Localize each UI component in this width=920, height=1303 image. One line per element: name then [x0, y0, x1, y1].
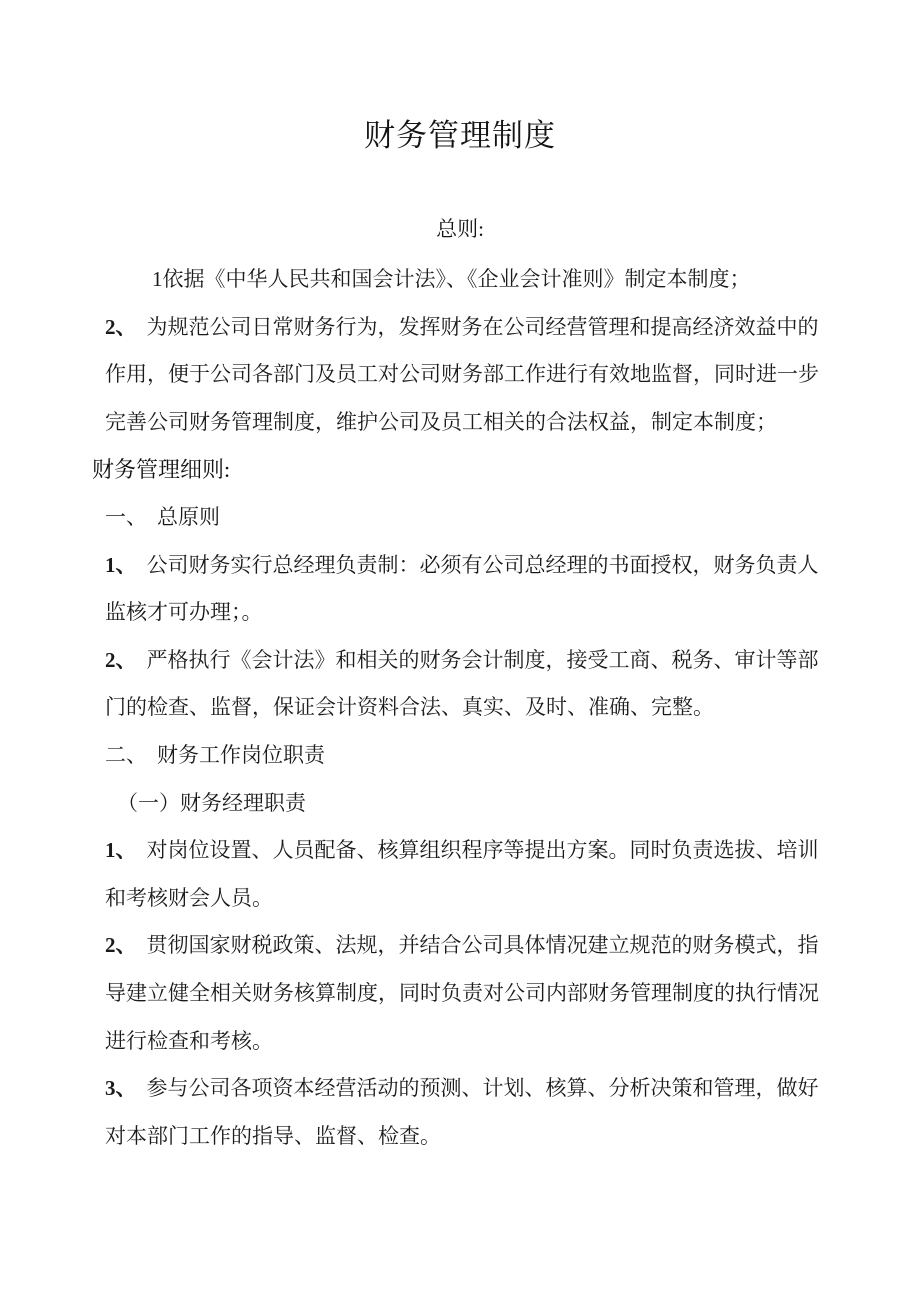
line-text: （一）财务经理职责	[117, 791, 306, 815]
subsection-one-heading: （一）财务经理职责	[92, 780, 840, 828]
list-number: 2、	[105, 637, 137, 685]
line-text: 总原则	[157, 505, 220, 529]
text-line-item2-1: 2、严格执行《会计法》和相关的财务会计制度，接受工商、税务、审计等部	[92, 637, 840, 685]
text-line-duty1-1: 1、对岗位设置、人员配备、核算组织程序等提出方案。同时负责选拔、培训	[92, 827, 840, 875]
line-text: 和考核财会人员。	[105, 886, 273, 910]
list-number: 二、	[105, 732, 147, 780]
text-line-item1-1: 1、公司财务实行总经理负责制：必须有公司总经理的书面授权，财务负责人	[92, 542, 840, 590]
section-one-heading: 一、总原则	[92, 494, 840, 542]
text-line-purpose-2: 作用，便于公司各部门及员工对公司财务部工作进行有效地监督，同时进一步	[92, 351, 840, 399]
line-text: 对本部门工作的指导、监督、检查。	[105, 1124, 441, 1148]
line-text: 监核才可办理；。	[105, 600, 263, 624]
list-number: 3、	[105, 1065, 137, 1113]
line-text: 为规范公司日常财务行为，发挥财务在公司经营管理和提高经济效益中的	[147, 315, 819, 339]
list-number: 2、	[105, 922, 137, 970]
document-title: 财务管理制度	[0, 0, 920, 160]
text-line-duty2-1: 2、贯彻国家财税政策、法规，并结合公司具体情况建立规范的财务模式，指	[92, 922, 840, 970]
text-line-duty2-2: 导建立健全相关财务核算制度，同时负责对公司内部财务管理制度的执行情况	[92, 970, 840, 1018]
line-text: 门的检查、监督，保证会计资料合法、真实、及时、准确、完整。	[105, 695, 714, 719]
text-line-item2-2: 门的检查、监督，保证会计资料合法、真实、及时、准确、完整。	[92, 684, 840, 732]
line-text: 完善公司财务管理制度，维护公司及员工相关的合法权益，制定本制度；	[105, 410, 777, 434]
line-text: 严格执行《会计法》和相关的财务会计制度，接受工商、税务、审计等部	[147, 648, 819, 672]
line-text: 公司财务实行总经理负责制：必须有公司总经理的书面授权，财务负责人	[147, 553, 819, 577]
list-number: 1、	[105, 827, 137, 875]
text-line-duty1-2: 和考核财会人员。	[92, 875, 840, 923]
line-text: 导建立健全相关财务核算制度，同时负责对公司内部财务管理制度的执行情况	[105, 981, 819, 1005]
document-page: 财务管理制度 总则: 1依据《中华人民共和国会计法》、《企业会计准则》制定本制度…	[0, 0, 920, 1303]
line-text: 1依据《中华人民共和国会计法》、《企业会计准则》制定本制度；	[152, 267, 751, 291]
text-line-duty3-2: 对本部门工作的指导、监督、检查。	[92, 1113, 840, 1161]
list-number: 1、	[105, 542, 137, 590]
text-line-duty2-3: 进行检查和考核。	[92, 1018, 840, 1066]
text-line-purpose-3: 完善公司财务管理制度，维护公司及员工相关的合法权益，制定本制度；	[92, 399, 840, 447]
document-body: 1依据《中华人民共和国会计法》、《企业会计准则》制定本制度； 2、为规范公司日常…	[0, 256, 920, 1160]
line-text: 作用，便于公司各部门及员工对公司财务部工作进行有效地监督，同时进一步	[105, 362, 819, 386]
list-number: 2、	[105, 304, 137, 352]
detailed-rules-heading: 财务管理细则:	[92, 446, 840, 494]
line-text: 参与公司各项资本经营活动的预测、计划、核算、分析决策和管理，做好	[147, 1076, 819, 1100]
text-line-duty3-1: 3、参与公司各项资本经营活动的预测、计划、核算、分析决策和管理，做好	[92, 1065, 840, 1113]
text-line-item1-2: 监核才可办理；。	[92, 589, 840, 637]
line-text: 财务工作岗位职责	[157, 743, 325, 767]
line-text: 进行检查和考核。	[105, 1029, 273, 1053]
general-principles-heading: 总则:	[0, 214, 920, 244]
list-number: 一、	[105, 494, 147, 542]
text-line-purpose-1: 2、为规范公司日常财务行为，发挥财务在公司经营管理和提高经济效益中的	[92, 304, 840, 352]
line-text: 对岗位设置、人员配备、核算组织程序等提出方案。同时负责选拔、培训	[147, 838, 819, 862]
section-two-heading: 二、财务工作岗位职责	[92, 732, 840, 780]
line-text: 财务管理细则:	[92, 457, 230, 482]
line-text: 贯彻国家财税政策、法规，并结合公司具体情况建立规范的财务模式，指	[147, 933, 819, 957]
text-line-basis: 1依据《中华人民共和国会计法》、《企业会计准则》制定本制度；	[92, 256, 840, 304]
